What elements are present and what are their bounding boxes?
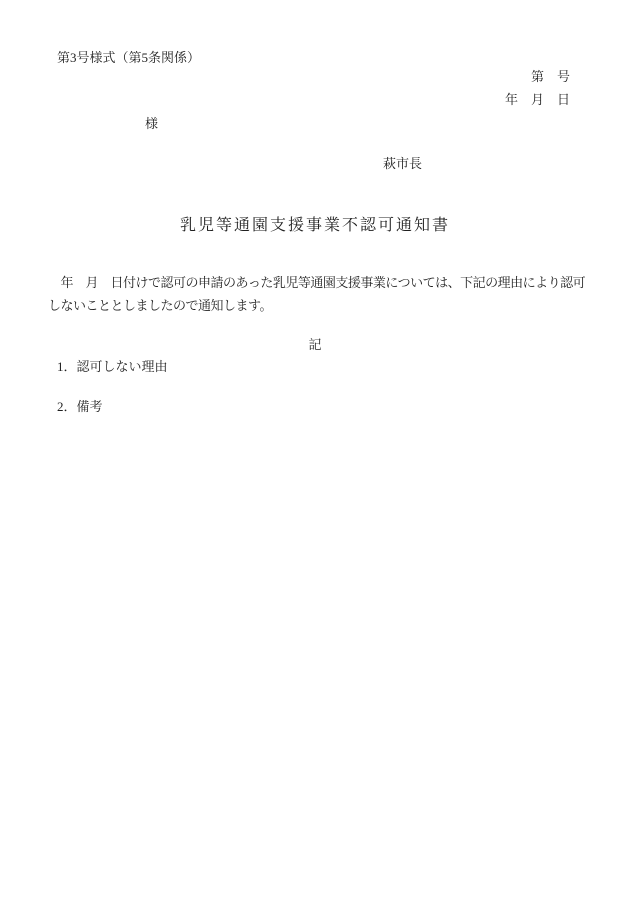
reason-item: 1．認可しない理由: [57, 360, 168, 373]
record-marker: 記: [0, 338, 630, 351]
document-number-line: 第 号: [531, 70, 570, 83]
body-line-2: しないこととしましたので通知します。: [48, 294, 582, 317]
document-page: 第3号様式（第5条関係） 第 号 年 月 日 様 萩市長 乳児等通園支援事業不認…: [0, 0, 630, 903]
body-line-1: 年 月 日付けで認可の申請のあった乳児等通園支援事業については、下記の理由により…: [48, 271, 582, 294]
date-line: 年 月 日: [505, 93, 570, 106]
remarks-item: 2．備考: [57, 400, 103, 413]
body-paragraph: 年 月 日付けで認可の申請のあった乳児等通園支援事業については、下記の理由により…: [48, 271, 582, 317]
document-title: 乳児等通園支援事業不認可通知書: [0, 218, 630, 234]
form-number-label: 第3号様式（第5条関係）: [57, 51, 200, 64]
addressee-suffix: 様: [145, 117, 158, 130]
sender-title: 萩市長: [383, 157, 422, 170]
